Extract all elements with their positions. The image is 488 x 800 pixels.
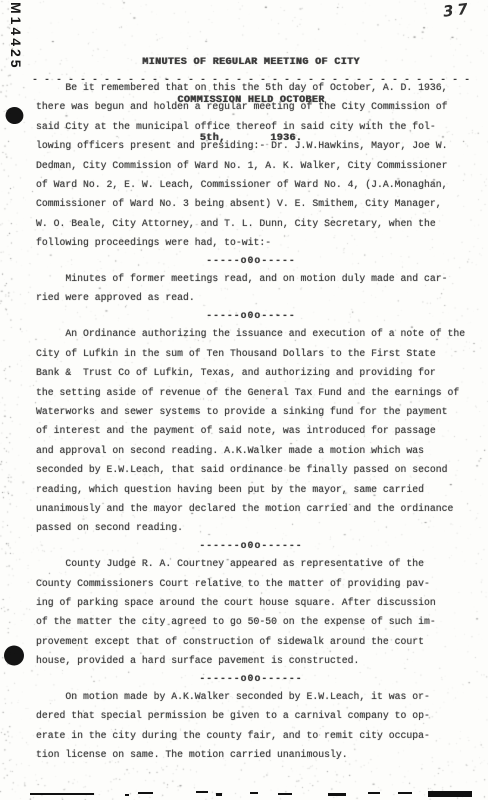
scan-edge-mark [428, 791, 472, 797]
scan-edge-mark [368, 792, 380, 794]
scan-edge-mark [216, 793, 222, 796]
scan-edge-mark [196, 791, 208, 793]
scan-edge-mark [138, 792, 153, 794]
title-line-1: MINUTES OF REGULAR MEETING OF CITY [36, 57, 466, 70]
paragraph-opening: Be it remembered that on this the 5th da… [36, 78, 466, 253]
punch-hole-top [4, 105, 25, 125]
section-separator: -----o0o----- [36, 253, 466, 269]
minutes-body: Be it remembered that on this the 5th da… [36, 78, 466, 765]
scanned-minutes-page: M14425 37 MINUTES OF REGULAR MEETING OF … [0, 0, 488, 800]
scan-edge-mark [328, 793, 346, 796]
paragraph-county-paving: County Judge R. A. Courtney appeared as … [36, 554, 466, 670]
paragraph-minutes-approval: Minutes of former meetings read, and on … [36, 269, 466, 308]
page-number: 37 [442, 0, 473, 21]
scan-edge-mark [250, 792, 258, 794]
punch-hole-bottom [3, 644, 26, 667]
section-separator: ------o0o------ [36, 538, 466, 554]
archive-stamp: M14425 [8, 2, 24, 71]
scan-edge-mark [125, 794, 129, 796]
paragraph-carnival-permission: On motion made by A.K.Walker seconded by… [36, 687, 466, 765]
scan-edge-mark [398, 792, 412, 794]
paragraph-ordinance-note: An Ordinance authorizing the issuance an… [36, 324, 466, 537]
scan-edge-mark [30, 793, 94, 795]
section-separator: ------o0o------ [36, 671, 466, 687]
scan-edge-mark [278, 793, 292, 795]
section-separator: -----o0o----- [36, 308, 466, 324]
